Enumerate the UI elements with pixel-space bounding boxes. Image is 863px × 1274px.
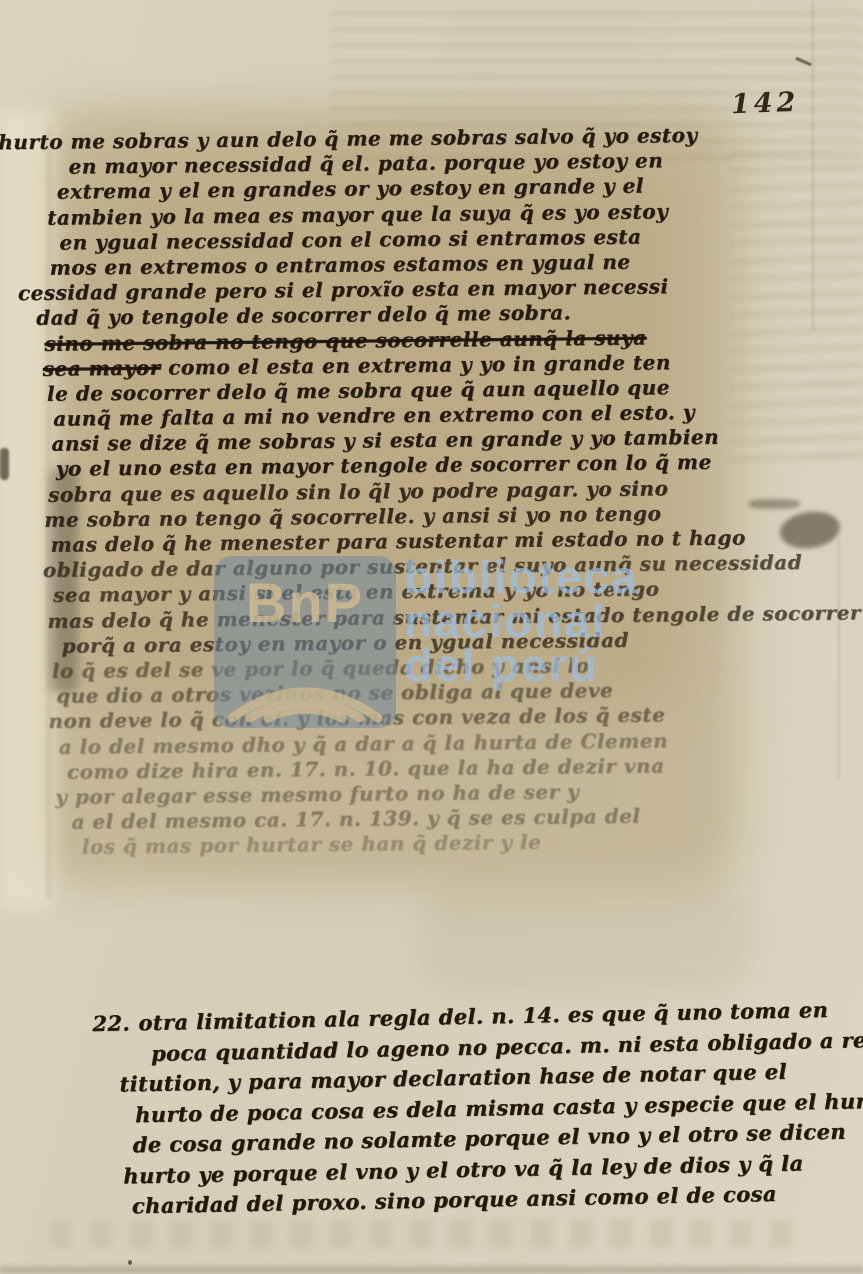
manuscript-page: 142 hurto me sobras y aun delo q̃ me me … [0, 0, 863, 1274]
ink-dot [128, 1260, 132, 1265]
strikethrough-text: sea mayor [43, 355, 161, 380]
ink-smudge [778, 508, 842, 552]
right-crease-1 [812, 0, 814, 330]
paragraph-22-lines: otra limitation ala regla del. n. 14. es… [138, 994, 863, 1222]
folio-number: 142 [730, 87, 799, 120]
watermark-text-line: del perú [404, 638, 599, 692]
right-crease-2 [838, 540, 840, 780]
watermark-logo: BnP [214, 556, 396, 728]
edge-ink-mark [0, 448, 9, 480]
paper-stain-mid [420, 880, 750, 990]
paragraph-number: 22. [92, 1010, 130, 1036]
paragraph-22: 22. otra limitation ala regla del. n. 14… [92, 995, 832, 1009]
watermark-swoosh-icon [224, 652, 386, 722]
main-text-block: hurto me sobras y aun delo q̃ me me sobr… [54, 122, 762, 860]
bottom-stain-band [50, 1220, 810, 1248]
watermark-logo-text: BnP [214, 570, 396, 635]
pen-tick-mark [795, 57, 812, 67]
bottom-edge-shadow [0, 1266, 863, 1274]
